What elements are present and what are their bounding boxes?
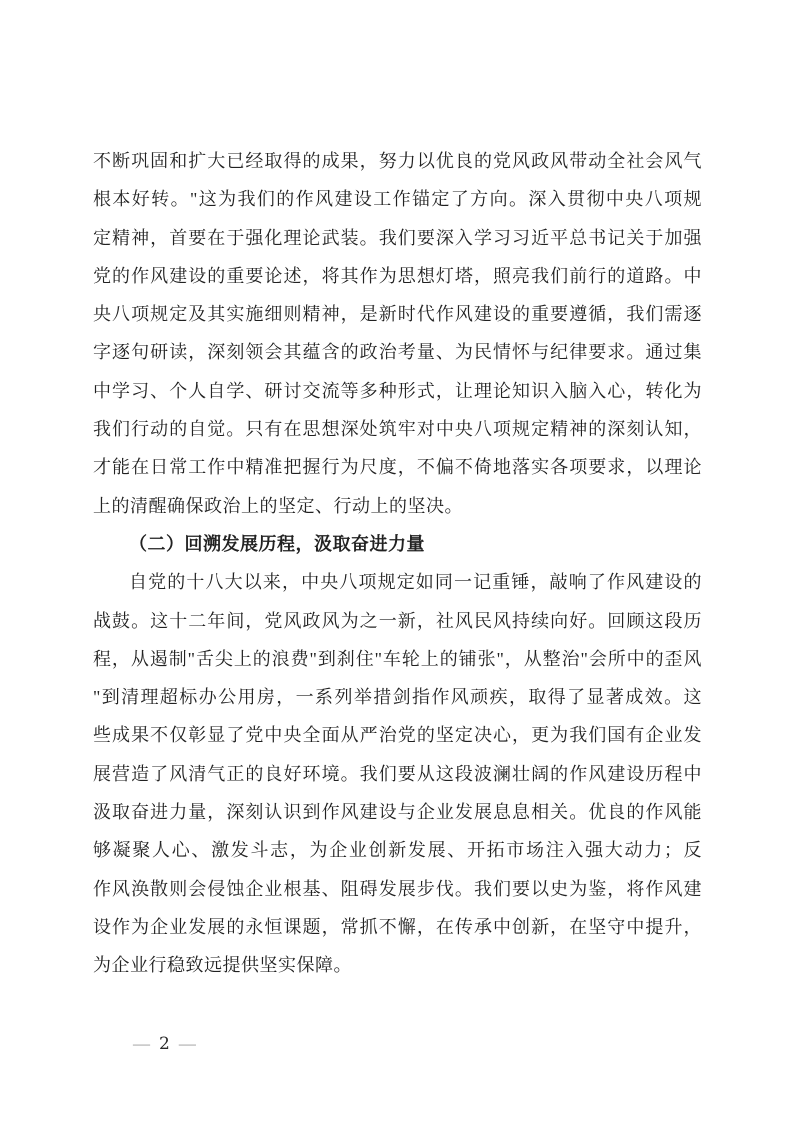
page-number: 2: [159, 1034, 170, 1054]
body-line: 党的作风建设的重要论述，将其作为思想灯塔，照亮我们前行的道路。中: [93, 257, 702, 295]
section-heading-2: （二）回溯发展历程，汲取奋进力量: [93, 525, 702, 563]
body-line: 设作为企业发展的永恒课题，常抓不懈，在传承中创新，在坚守中提升，: [93, 908, 702, 946]
body-line: 字逐句研读，深刻领会其蕴含的政治考量、为民情怀与纪律要求。通过集: [93, 333, 702, 371]
document-page: 不断巩固和扩大已经取得的成果，努力以优良的党风政风带动全社会风气 根本好转。"这…: [0, 0, 793, 1122]
page-footer: —2—: [133, 1032, 196, 1056]
body-line: 央八项规定及其实施细则精神，是新时代作风建设的重要遵循，我们需逐: [93, 295, 702, 333]
body-line: 够凝聚人心、激发斗志，为企业创新发展、开拓市场注入强大动力；反之，: [93, 831, 702, 869]
body-line: 为企业行稳致远提供坚实保障。: [93, 946, 702, 984]
body-line: 作风涣散则会侵蚀企业根基、阻碍发展步伐。我们要以史为鉴，将作风建: [93, 870, 702, 908]
body-line: 中学习、个人自学、研讨交流等多种形式，让理论知识入脑入心，转化为: [93, 372, 702, 410]
body-line: 程，从遏制"舌尖上的浪费"到刹住"车轮上的铺张"，从整治"会所中的歪风: [93, 640, 702, 678]
body-line: "到清理超标办公用房，一系列举措剑指作风顽疾，取得了显著成效。这: [93, 678, 702, 716]
footer-left-dash: —: [133, 1034, 150, 1053]
body-line: 自党的十八大以来，中央八项规定如同一记重锤，敲响了作风建设的: [93, 563, 702, 601]
body-line: 才能在日常工作中精准把握行为尺度，不偏不倚地落实各项要求，以理论: [93, 448, 702, 486]
body-line: 根本好转。"这为我们的作风建设工作锚定了方向。深入贯彻中央八项规: [93, 180, 702, 218]
body-line: 些成果不仅彰显了党中央全面从严治党的坚定决心，更为我们国有企业发: [93, 716, 702, 754]
document-text-block: 不断巩固和扩大已经取得的成果，努力以优良的党风政风带动全社会风气 根本好转。"这…: [93, 142, 702, 985]
body-line: 不断巩固和扩大已经取得的成果，努力以优良的党风政风带动全社会风气: [93, 142, 702, 180]
body-line: 我们行动的自觉。只有在思想深处筑牢对中央八项规定精神的深刻认知，: [93, 410, 702, 448]
body-line: 汲取奋进力量，深刻认识到作风建设与企业发展息息相关。优良的作风能: [93, 793, 702, 831]
body-line: 定精神，首要在于强化理论武装。我们要深入学习习近平总书记关于加强: [93, 219, 702, 257]
body-line: 上的清醒确保政治上的坚定、行动上的坚决。: [93, 487, 702, 525]
body-line: 战鼓。这十二年间，党风政风为之一新，社风民风持续向好。回顾这段历: [93, 602, 702, 640]
body-line: 展营造了风清气正的良好环境。我们要从这段波澜壮阔的作风建设历程中: [93, 755, 702, 793]
footer-right-dash: —: [179, 1034, 196, 1053]
